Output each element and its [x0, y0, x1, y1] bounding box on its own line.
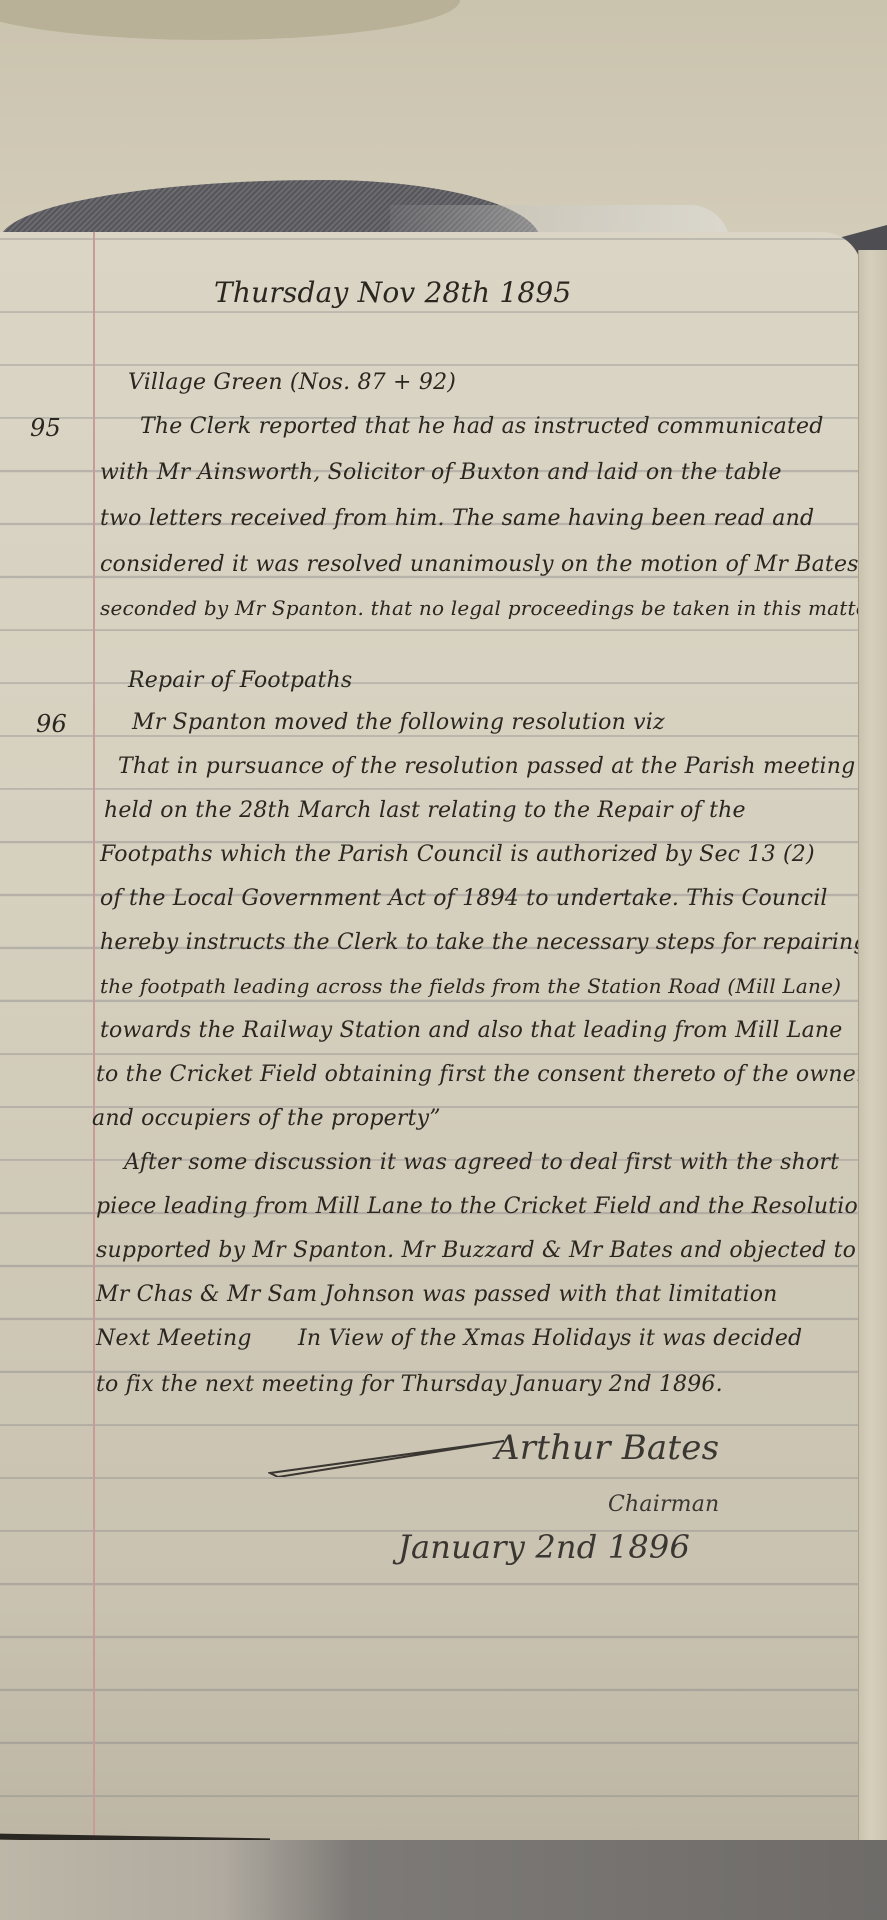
minute-95-line-3: two letters received from him. The same … [100, 506, 814, 531]
page-date-heading: Thursday Nov 28th 1895 [214, 276, 571, 309]
margin-rule [93, 232, 95, 1842]
minute-96-line-5: of the Local Government Act of 1894 to u… [100, 886, 828, 911]
next-meeting-line-1: In View of the Xmas Holidays it was deci… [298, 1326, 802, 1351]
minute-96-line-13: supported by Mr Spanton. Mr Buzzard & Mr… [96, 1238, 862, 1263]
minute-96-line-12: piece leading from Mill Lane to the Cric… [96, 1194, 862, 1219]
minute-96-line-11: After some discussion it was agreed to d… [124, 1150, 839, 1175]
minute-96-line-14: Mr Chas & Mr Sam Johnson was passed with… [96, 1282, 778, 1307]
next-meeting-line-2: to fix the next meeting for Thursday Jan… [96, 1372, 723, 1397]
minute-95-line-1: The Clerk reported that he had as instru… [140, 414, 824, 439]
minute-96-line-10: and occupiers of the property” [92, 1106, 441, 1131]
section-heading-next-meeting: Next Meeting [96, 1326, 252, 1351]
minute-96-line-8: towards the Railway Station and also tha… [100, 1018, 843, 1043]
signature-name: Arthur Bates [495, 1428, 719, 1468]
signature-role: Chairman [608, 1492, 719, 1517]
minute-96-line-7: the footpath leading across the fields f… [100, 974, 841, 998]
section-heading-village-green: Village Green (Nos. 87 + 92) [128, 370, 456, 395]
minute-96-line-1: Mr Spanton moved the following resolutio… [132, 710, 665, 735]
minute-95-line-5: seconded by Mr Spanton. that no legal pr… [100, 596, 862, 620]
signature-flourish [268, 1437, 508, 1477]
table-surface [0, 1840, 887, 1920]
minute-95-line-4: considered it was resolved unanimously o… [100, 552, 859, 577]
minute-number-96: 96 [36, 710, 67, 738]
minute-96-line-6: hereby instructs the Clerk to take the n… [100, 930, 862, 955]
minute-96-line-9: to the Cricket Field obtaining first the… [96, 1062, 862, 1087]
minute-95-line-2: with Mr Ainsworth, Solicitor of Buxton a… [100, 460, 782, 485]
minute-96-line-2: That in pursuance of the resolution pass… [118, 754, 855, 779]
signature-date: January 2nd 1896 [398, 1528, 690, 1566]
minute-number-95: 95 [30, 414, 61, 442]
page-stack-edge [858, 250, 887, 1850]
minute-96-line-3: held on the 28th March last relating to … [104, 798, 746, 823]
minute-96-line-4: Footpaths which the Parish Council is au… [100, 842, 815, 867]
minutes-page: Thursday Nov 28th 1895 Village Green (No… [0, 232, 862, 1842]
section-heading-repair-footpaths: Repair of Footpaths [128, 668, 352, 693]
